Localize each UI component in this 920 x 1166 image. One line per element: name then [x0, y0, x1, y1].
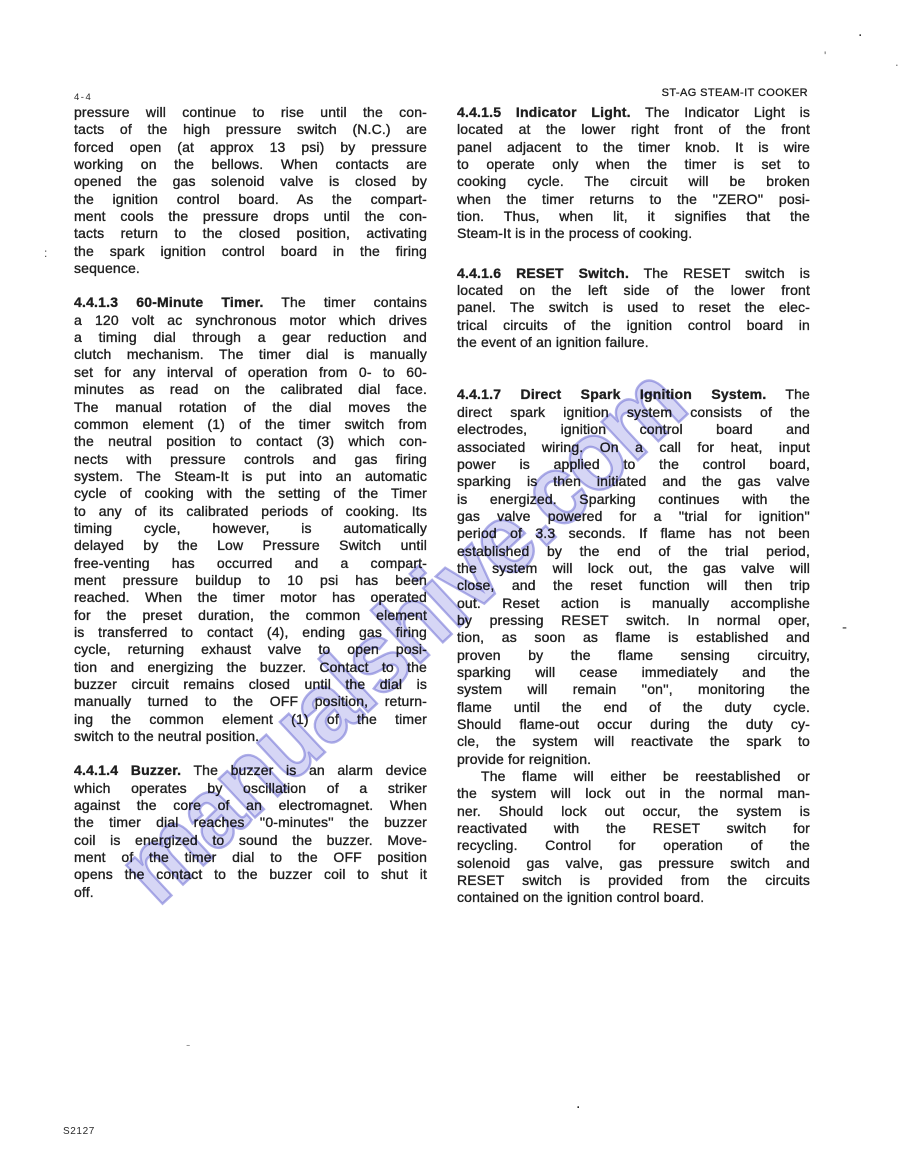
text-line: tacts of the high pressure switch (N.C.)…	[74, 121, 427, 138]
left-column: pressure will continue to rise until the…	[74, 104, 427, 901]
text-line: The flame will either be reestablished o…	[457, 768, 810, 785]
text-line: sequence.	[74, 260, 427, 277]
text-line: a 120 volt ac synchronous motor which dr…	[74, 312, 427, 329]
right-column: 4.4.1.5 Indicator Light. The Indicator L…	[457, 104, 810, 907]
text-line: coil is energized to sound the buzzer. M…	[74, 832, 427, 849]
text-line: RESET switch is provided from the circui…	[457, 872, 810, 889]
text-line: is transferred to contact (4), ending ga…	[74, 624, 427, 641]
text-line: against the core of an electromagnet. Wh…	[74, 797, 427, 814]
text-line: working on the bellows. When contacts ar…	[74, 156, 427, 173]
section-heading: 4.4.1.3 60-Minute Timer.	[74, 294, 264, 310]
scan-artifact: .	[576, 1096, 580, 1112]
text-line: provide for reignition.	[457, 751, 810, 768]
text-line: panel. The switch is used to reset the e…	[457, 299, 810, 316]
text-line: timing cycle, however, is automatically	[74, 520, 427, 537]
text-line: 4.4.1.4 Buzzer. The buzzer is an alarm d…	[74, 762, 427, 779]
text-line: out. Reset action is manually accomplish…	[457, 595, 810, 612]
text-line: Should flame-out occur during the duty c…	[457, 716, 810, 733]
scan-artifact: '	[824, 50, 826, 62]
text-line: panel adjacent to the timer knob. It is …	[457, 139, 810, 156]
scan-artifact: -	[186, 1038, 190, 1051]
text-line: 4.4.1.7 Direct Spark Ignition System. Th…	[457, 386, 810, 403]
scan-artifact: .	[858, 24, 862, 40]
scan-artifact: -	[842, 620, 847, 635]
text-line: the neutral position to contact (3) whic…	[74, 433, 427, 450]
text-line: system will remain ''on'', monitoring th…	[457, 681, 810, 698]
text-line: tacts return to the closed position, act…	[74, 225, 427, 242]
text-line: power is applied to the control board,	[457, 456, 810, 473]
text-line: established by the end of the trial peri…	[457, 543, 810, 560]
text-line: is energized. Sparking continues with th…	[457, 491, 810, 508]
text-line: the spark ignition control board in the …	[74, 243, 427, 260]
text-line: gas valve powered for a ''trial for igni…	[457, 508, 810, 525]
text-line: by pressing RESET switch. In normal oper…	[457, 612, 810, 629]
text-line: proven by the flame sensing circuitry,	[457, 647, 810, 664]
text-line: cycle, returning exhaust valve to open p…	[74, 641, 427, 658]
text-line: manually turned to the OFF position, ret…	[74, 693, 427, 710]
text-line: located on the left side of the lower fr…	[457, 282, 810, 299]
section-heading: 4.4.1.5 Indicator Light.	[457, 104, 631, 120]
text-line: switch to the neutral position.	[74, 728, 427, 745]
footer-code: S2127	[63, 1126, 95, 1137]
section-heading: 4.4.1.6 RESET Switch.	[457, 265, 629, 281]
text-line: buzzer circuit remains closed until the …	[74, 676, 427, 693]
text-line: opened the gas solenoid valve is closed …	[74, 173, 427, 190]
section-block: 4.4.1.5 Indicator Light. The Indicator L…	[457, 104, 810, 243]
text-line: the event of an ignition failure.	[457, 334, 810, 351]
text-line: associated wiring. On a call for heat, i…	[457, 439, 810, 456]
text-line: the system will lock out, the gas valve …	[457, 560, 810, 577]
text-line: when the timer returns to the ''ZERO'' p…	[457, 191, 810, 208]
scan-artifact: :	[44, 247, 47, 259]
text-line: reactivated with the RESET switch for	[457, 820, 810, 837]
text-line: cycle of cooking with the setting of the…	[74, 485, 427, 502]
section-block: pressure will continue to rise until the…	[74, 104, 427, 277]
section-block: 4.4.1.6 RESET Switch. The RESET switch i…	[457, 265, 810, 352]
text-line: opens the contact to the buzzer coil to …	[74, 866, 427, 883]
text-line: 4.4.1.6 RESET Switch. The RESET switch i…	[457, 265, 810, 282]
text-line: system. The Steam-It is put into an auto…	[74, 468, 427, 485]
text-line: to operate only when the timer is set to	[457, 156, 810, 173]
text-line: forced open (at approx 13 psi) by pressu…	[74, 139, 427, 156]
text-line: electrodes, ignition control board and	[457, 421, 810, 438]
text-line: Steam-It is in the process of cooking.	[457, 225, 810, 242]
text-line: trical circuits of the ignition control …	[457, 317, 810, 334]
text-line: recycling. Control for operation of the	[457, 837, 810, 854]
text-line: 4.4.1.3 60-Minute Timer. The timer conta…	[74, 294, 427, 311]
text-line: The manual rotation of the dial moves th…	[74, 399, 427, 416]
text-line: sparking is then initiated and the gas v…	[457, 473, 810, 490]
section-heading: 4.4.1.7 Direct Spark Ignition System.	[457, 386, 766, 402]
running-header: ST-AG STEAM-IT COOKER	[662, 87, 808, 99]
text-line: clutch mechanism. The timer dial is manu…	[74, 346, 427, 363]
text-line: minutes as read on the calibrated dial f…	[74, 381, 427, 398]
text-line: to any of its calibrated periods of cook…	[74, 503, 427, 520]
text-line: close, and the reset function will then …	[457, 577, 810, 594]
section-heading: 4.4.1.4 Buzzer.	[74, 762, 181, 778]
text-line: sparking will cease immediately and the	[457, 664, 810, 681]
text-line: located at the lower right front of the …	[457, 121, 810, 138]
text-line: 4.4.1.5 Indicator Light. The Indicator L…	[457, 104, 810, 121]
text-line: tion, as soon as flame is established an…	[457, 629, 810, 646]
text-line: tion and energizing the buzzer. Contact …	[74, 659, 427, 676]
text-line: cle, the system will reactivate the spar…	[457, 733, 810, 750]
text-line: tion. Thus, when lit, it signifies that …	[457, 208, 810, 225]
section-block: 4.4.1.3 60-Minute Timer. The timer conta…	[74, 294, 427, 745]
page-number: 4-4	[74, 92, 92, 103]
text-line: nects with pressure controls and gas fir…	[74, 451, 427, 468]
text-line: common element (1) of the timer switch f…	[74, 416, 427, 433]
text-line: a timing dial through a gear reduction a…	[74, 329, 427, 346]
section-block: 4.4.1.4 Buzzer. The buzzer is an alarm d…	[74, 762, 427, 901]
scan-artifact: .	[895, 55, 899, 68]
text-line: ner. Should lock out occur, the system i…	[457, 803, 810, 820]
text-line: which operates by oscillation of a strik…	[74, 780, 427, 797]
text-line: solenoid gas valve, gas pressure switch …	[457, 855, 810, 872]
text-line: period of 3.3 seconds. If flame has not …	[457, 525, 810, 542]
text-line: the timer dial reaches ''0-minutes'' the…	[74, 814, 427, 831]
text-line: ing the common element (1) of the timer	[74, 711, 427, 728]
manual-page: 4-4 ST-AG STEAM-IT COOKER pressure will …	[0, 0, 920, 1166]
text-line: free-venting has occurred and a compart-	[74, 555, 427, 572]
text-line: delayed by the Low Pressure Switch until	[74, 537, 427, 554]
text-line: the system will lock out in the normal m…	[457, 785, 810, 802]
section-block: The flame will either be reestablished o…	[457, 768, 810, 907]
text-line: pressure will continue to rise until the…	[74, 104, 427, 121]
text-line: reached. When the timer motor has operat…	[74, 589, 427, 606]
text-line: flame until the end of the duty cycle.	[457, 699, 810, 716]
text-line: cooking cycle. The circuit will be broke…	[457, 173, 810, 190]
section-block: 4.4.1.7 Direct Spark Ignition System. Th…	[457, 386, 810, 768]
text-line: ment pressure buildup to 10 psi has been	[74, 572, 427, 589]
text-line: set for any interval of operation from 0…	[74, 364, 427, 381]
text-line: contained on the ignition control board.	[457, 889, 810, 906]
text-line: the ignition control board. As the compa…	[74, 191, 427, 208]
text-line: ment of the timer dial to the OFF positi…	[74, 849, 427, 866]
text-line: ment cools the pressure drops until the …	[74, 208, 427, 225]
text-line: off.	[74, 884, 427, 901]
text-line: for the preset duration, the common elem…	[74, 607, 427, 624]
text-line: direct spark ignition system consists of…	[457, 404, 810, 421]
